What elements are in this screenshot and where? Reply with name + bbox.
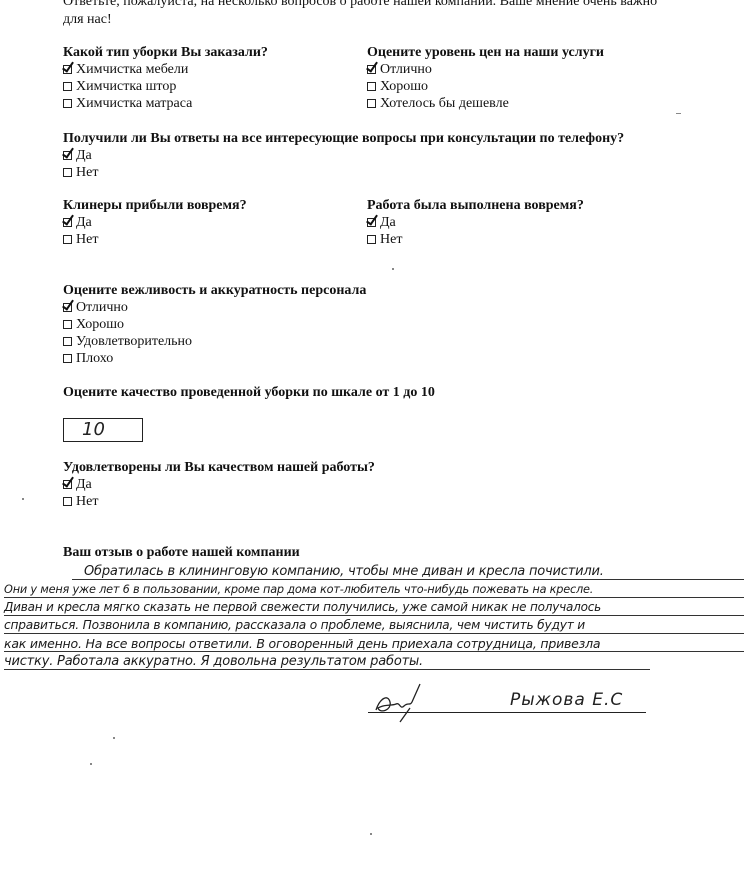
checkbox-icon[interactable] [63,320,72,329]
review-title: Ваш отзыв о работе нашей компании [63,545,300,561]
signature-scribble-icon [370,680,430,724]
option-label: Да [76,147,92,164]
checkbox-icon[interactable] [63,337,72,346]
checkbox-icon[interactable] [63,235,72,244]
option-curtains[interactable]: Химчистка штор [63,78,268,95]
option-no[interactable]: Нет [367,231,584,248]
option-yes[interactable]: Да [63,214,247,231]
question-title: Получили ли Вы ответы на все интересующи… [63,130,624,147]
review-line: Они у меня уже лет 6 в пользовании, кром… [4,582,744,598]
checkbox-icon[interactable] [63,354,72,363]
question-title: Какой тип уборки Вы заказали? [63,44,268,61]
checkbox-icon[interactable] [367,99,376,108]
question-cleaners-on-time: Клинеры прибыли вовремя? Да Нет [63,197,247,248]
question-title: Оцените качество проведенной уборки по ш… [63,384,435,401]
quality-score-field[interactable]: 10 [63,418,143,442]
checkbox-checked-icon[interactable] [63,65,72,74]
review-line: чистку. Работала аккуратно. Я довольна р… [4,654,650,670]
question-title: Оцените вежливость и аккуратность персон… [63,282,366,299]
question-title: Оцените уровень цен на наши услуги [367,44,604,61]
checkbox-icon[interactable] [63,168,72,177]
option-label: Плохо [76,350,113,367]
checkbox-icon[interactable] [63,497,72,506]
question-price-level: Оцените уровень цен на наши услуги Отлич… [367,44,604,112]
question-phone-consult: Получили ли Вы ответы на все интересующи… [63,130,624,181]
question-cleaning-type: Какой тип уборки Вы заказали? Химчистка … [63,44,268,112]
option-bad[interactable]: Плохо [63,350,366,367]
signature-line [368,712,646,713]
scan-speck [90,763,92,765]
option-label: Хорошо [76,316,124,333]
option-label: Удовлетворительно [76,333,192,350]
option-label: Нет [76,231,98,248]
option-label: Хотелось бы дешевле [380,95,509,112]
option-yes[interactable]: Да [367,214,584,231]
review-line: как именно. На все вопросы ответили. В о… [4,636,744,652]
scan-speck [22,498,24,500]
option-label: Да [380,214,396,231]
option-excellent[interactable]: Отлично [63,299,366,316]
question-title: Удовлетворены ли Вы качеством нашей рабо… [63,459,375,476]
option-good[interactable]: Хорошо [367,78,604,95]
checkbox-icon[interactable] [63,82,72,91]
option-label: Химчистка матраса [76,95,192,112]
question-work-on-time: Работа была выполнена вовремя? Да Нет [367,197,584,248]
checkbox-icon[interactable] [63,99,72,108]
option-mattress[interactable]: Химчистка матраса [63,95,268,112]
option-label: Отлично [76,299,128,316]
option-furniture[interactable]: Химчистка мебели [63,61,268,78]
scan-speck [370,833,372,835]
question-title: Клинеры прибыли вовремя? [63,197,247,214]
checkbox-icon[interactable] [367,235,376,244]
option-yes[interactable]: Да [63,476,375,493]
option-label: Химчистка мебели [76,61,188,78]
review-line: Диван и кресла мягко сказать не первой с… [4,600,744,616]
checkbox-checked-icon[interactable] [63,218,72,227]
checkbox-checked-icon[interactable] [367,65,376,74]
option-good[interactable]: Хорошо [63,316,366,333]
option-cheaper[interactable]: Хотелось бы дешевле [367,95,604,112]
review-line: Обратилась в клининговую компанию, чтобы… [72,564,744,580]
checkbox-checked-icon[interactable] [63,480,72,489]
option-satisfactory[interactable]: Удовлетворительно [63,333,366,350]
option-no[interactable]: Нет [63,231,247,248]
checkbox-checked-icon[interactable] [63,151,72,160]
checkbox-icon[interactable] [367,82,376,91]
option-label: Нет [380,231,402,248]
quality-score-value: 10 [82,419,105,441]
question-satisfied: Удовлетворены ли Вы качеством нашей рабо… [63,459,375,510]
review-line: справиться. Позвонила в компанию, расска… [4,618,744,634]
option-label: Хорошо [380,78,428,95]
checkbox-checked-icon[interactable] [367,218,376,227]
scan-speck [676,113,681,114]
scan-speck [113,737,115,739]
checkbox-checked-icon[interactable] [63,303,72,312]
question-title: Работа была выполнена вовремя? [367,197,584,214]
option-label: Химчистка штор [76,78,176,95]
option-label: Нет [76,493,98,510]
question-politeness: Оцените вежливость и аккуратность персон… [63,282,366,367]
option-excellent[interactable]: Отлично [367,61,604,78]
scan-speck [392,268,394,270]
question-quality-score: Оцените качество проведенной уборки по ш… [63,384,435,401]
option-yes[interactable]: Да [63,147,624,164]
option-no[interactable]: Нет [63,493,375,510]
option-label: Да [76,476,92,493]
signer-name: Рыжова Е.С [510,690,623,710]
option-label: Да [76,214,92,231]
intro-text: Ответьте, пожалуйста, на несколько вопро… [63,0,663,29]
option-label: Нет [76,164,98,181]
option-no[interactable]: Нет [63,164,624,181]
option-label: Отлично [380,61,432,78]
